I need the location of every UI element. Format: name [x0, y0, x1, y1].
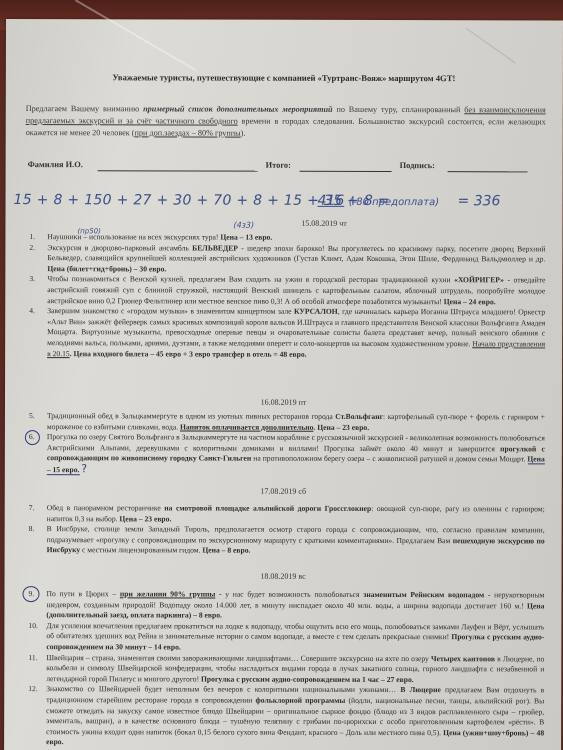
item-text: с местным лицензированным гидом.	[80, 546, 202, 555]
intro-text: ).	[241, 129, 246, 138]
item-highlight: КУРСАЛОН	[294, 307, 338, 316]
item-text: Чтобы познакомиться с Венской кухней, пр…	[47, 274, 454, 284]
item-number: 7.	[29, 503, 35, 514]
item-text: на противоположном берегу озера – с живо…	[251, 454, 527, 464]
item-text: Традиционный обед в Зальцкаммергуте в од…	[47, 411, 335, 421]
list-item: 9. По пути в Цюрих – при желании 90% гру…	[24, 589, 544, 622]
item-text: Обед в панорамном ресторанчике	[47, 503, 165, 512]
item-text: - у нас будет возможность полюбоваться	[215, 590, 363, 599]
intro-emphasis: примерный список дополнительных мероприя…	[143, 104, 333, 113]
list-item: 6. Прогулка по озеру Святого Вольфганга …	[25, 432, 545, 477]
item-price: . Цена входного билета – 45 евро + 3 евр…	[70, 349, 307, 359]
handwritten-result: 416 (-80 предоплата) = 336	[318, 196, 501, 209]
item-price: Цена (билет+гид+бронь) – 30 евро.	[47, 264, 166, 273]
date-heading: 16.08.2019 пт	[5, 397, 562, 409]
item-number: 2.	[29, 243, 35, 254]
item-highlight: В Люцерне	[400, 685, 441, 694]
item-price: Прогулка с русским аудио-сопровождением …	[201, 674, 414, 684]
item-underlined: при желании 90% группы	[120, 589, 215, 598]
item-highlight: знаменитым Рейнским водопадом	[363, 590, 484, 599]
total-field[interactable]	[300, 171, 392, 172]
item-text: Завершим знакомство с «городом музыки» в…	[47, 306, 294, 316]
list-item: 5. Традиционный обед в Зальцкаммергуте в…	[25, 411, 545, 434]
item-text: Прогулка по озеру Святого Вольфганга в З…	[47, 432, 545, 453]
item-number: 10.	[28, 621, 38, 632]
item-price: Цена – 24 евро.	[444, 297, 496, 306]
item-number: 12.	[28, 684, 38, 695]
handwritten-total: 416	[318, 193, 345, 209]
list-item: 2. Экскурсия в дворцово-парковый ансамбл…	[25, 243, 545, 276]
item-number: 1.	[29, 232, 35, 243]
date-heading: 15.08.2019 чт	[45, 218, 563, 230]
signature-form: Фамилия И.О. Итого: Подпись:	[28, 160, 548, 161]
handwritten-final: = 336	[458, 193, 501, 209]
intro-underlined: при доп.заездах – 80% группы	[135, 128, 241, 137]
item-highlight: Четырех кантонов	[431, 654, 495, 663]
item-highlight: Ст.Вольфганг	[335, 412, 383, 421]
item-price: Цена – 13 евро.	[220, 233, 272, 242]
total-label: Итого:	[266, 161, 291, 172]
item-highlight: «ХОЙРИГЕР»	[454, 276, 504, 285]
day-3-items: 7. Обед в панорамном ресторанчике на смо…	[25, 503, 545, 557]
item-text: Наушники – использование на всех экскурс…	[47, 232, 220, 241]
document-title: Уважаемые туристы, путешествующие с комп…	[64, 72, 504, 84]
item-number: 11.	[28, 653, 37, 664]
item-text: По пути в Цюрих –	[46, 589, 119, 598]
handwritten-question-mark: ?	[81, 462, 87, 475]
paper-crease	[466, 28, 516, 63]
handwritten-circle	[25, 430, 40, 445]
name-field[interactable]	[98, 170, 258, 171]
day-2-items: 5. Традиционный обед в Зальцкаммергуте в…	[25, 411, 545, 477]
name-label: Фамилия И.О.	[28, 160, 83, 171]
list-item: 7. Обед в панорамном ресторанчике на смо…	[25, 503, 545, 526]
intro-text: по Вашему туру, спланированный	[333, 105, 465, 114]
date-heading: 17.08.2019 сб	[5, 486, 562, 498]
item-text: Швейцария – страна, знаменитая своими за…	[46, 653, 431, 663]
list-item: 3. Чтобы познакомиться с Венской кухней,…	[25, 274, 545, 307]
list-item: 4. Завершим знакомство с «городом музыки…	[25, 306, 545, 360]
item-number: 4.	[29, 306, 35, 317]
item-highlight: на смотровой площадке альпийской дороги …	[164, 503, 371, 513]
list-item: 11. Швейцария – страна, знаменитая своим…	[24, 653, 544, 686]
day-4-items: 9. По пути в Цюрих – при желании 90% гру…	[24, 589, 544, 749]
handwritten-circle	[22, 586, 39, 602]
list-item: 12. Знакомство со Швейцарией будет непол…	[24, 684, 544, 749]
intro-text: Предлагаем Вашему вниманию	[26, 104, 143, 113]
day-1-items: 1. Наушники – использование на всех экск…	[25, 232, 545, 360]
intro-paragraph: Предлагаем Вашему вниманию примерный спи…	[26, 103, 546, 140]
document-sheet: Уважаемые туристы, путешествующие с комп…	[4, 19, 563, 750]
item-price: Цена – 23 евро.	[119, 514, 171, 523]
item-underlined: Напиток оплачивается дополнительно	[180, 422, 313, 431]
item-highlight: фольклорной программы	[256, 696, 346, 705]
item-text: Знакомство со Швейцарией будет неполным …	[46, 684, 400, 694]
item-number: 8.	[29, 524, 35, 535]
handwritten-deduction: (-80 предоплата)	[349, 197, 439, 208]
signature-field[interactable]	[448, 171, 528, 172]
signature-label: Подпись:	[400, 161, 435, 172]
item-text: Экскурсия в дворцово-парковый ансамбль	[47, 243, 192, 252]
list-item: 8. В Инсбруке, столице земли Западный Ти…	[25, 524, 545, 557]
item-price: . Цена – 23 евро.	[313, 422, 369, 431]
item-highlight: БЕЛЬВЕДЕР	[192, 243, 238, 252]
list-item: 10. Для усиления впечатления предлагаем …	[24, 621, 544, 654]
item-price: Цена – 8 евро.	[202, 546, 250, 555]
date-heading: 18.08.2019 вс	[5, 571, 562, 583]
item-number: 5.	[29, 411, 35, 422]
item-number: 3.	[29, 274, 35, 285]
